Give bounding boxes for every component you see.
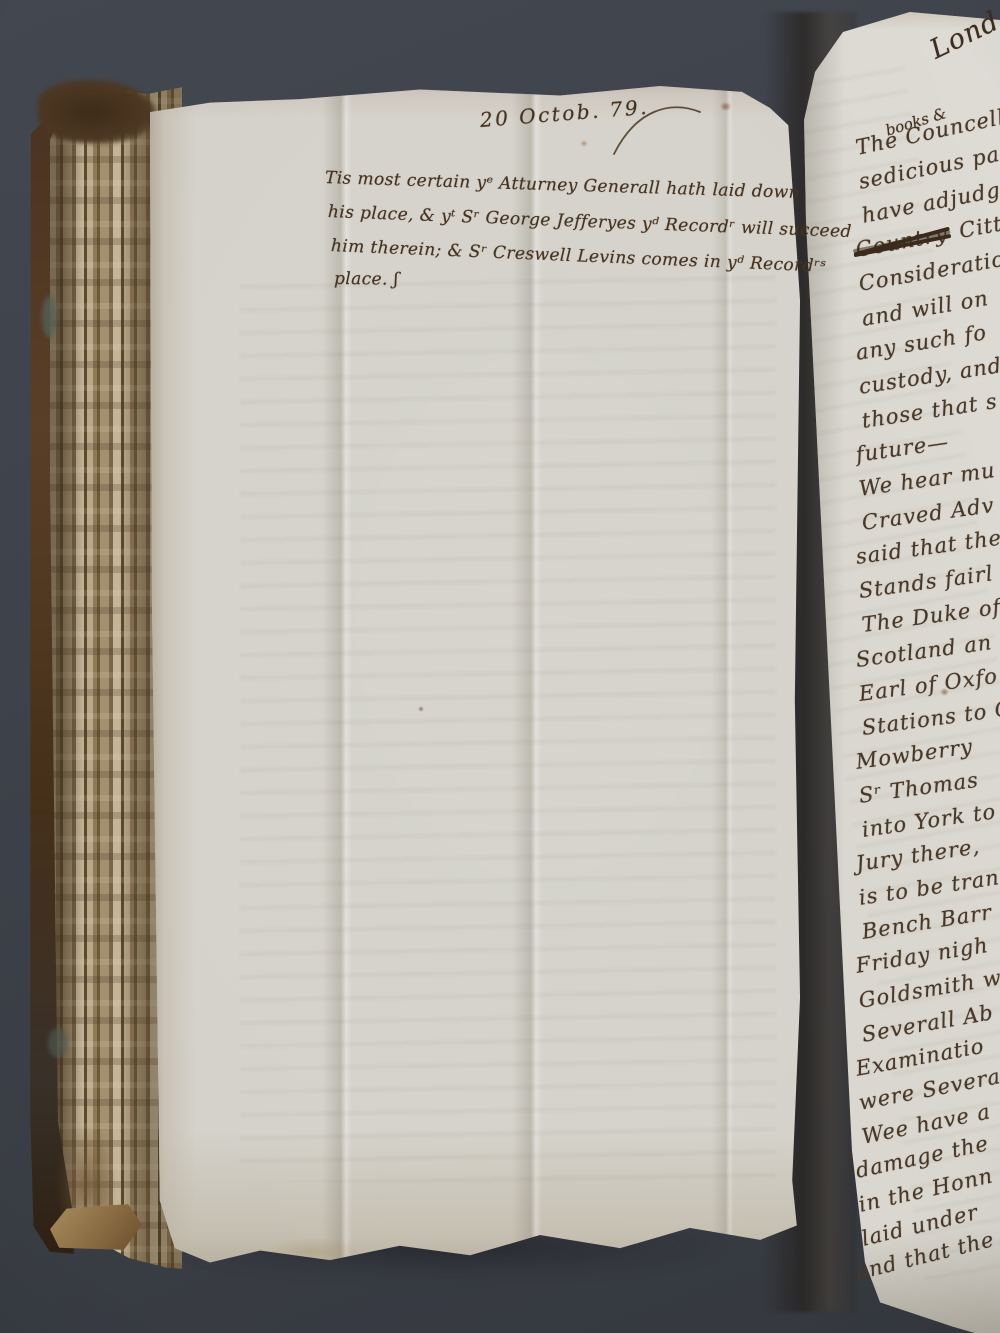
stain bbox=[580, 140, 588, 147]
ink-showthrough bbox=[240, 270, 776, 1182]
edge-patch bbox=[42, 296, 57, 338]
spine-head bbox=[38, 80, 156, 144]
fold-crease bbox=[712, 80, 734, 1272]
stain bbox=[940, 688, 949, 696]
photo-background: 20 Octob. 79. Tis most certain yᵉ Atturn… bbox=[0, 0, 1000, 1333]
stain bbox=[418, 706, 424, 712]
fold-crease bbox=[512, 80, 542, 1272]
stain bbox=[720, 102, 731, 111]
edge-patch bbox=[48, 1028, 68, 1058]
left-page bbox=[150, 80, 802, 1272]
fold-crease bbox=[322, 80, 352, 1272]
